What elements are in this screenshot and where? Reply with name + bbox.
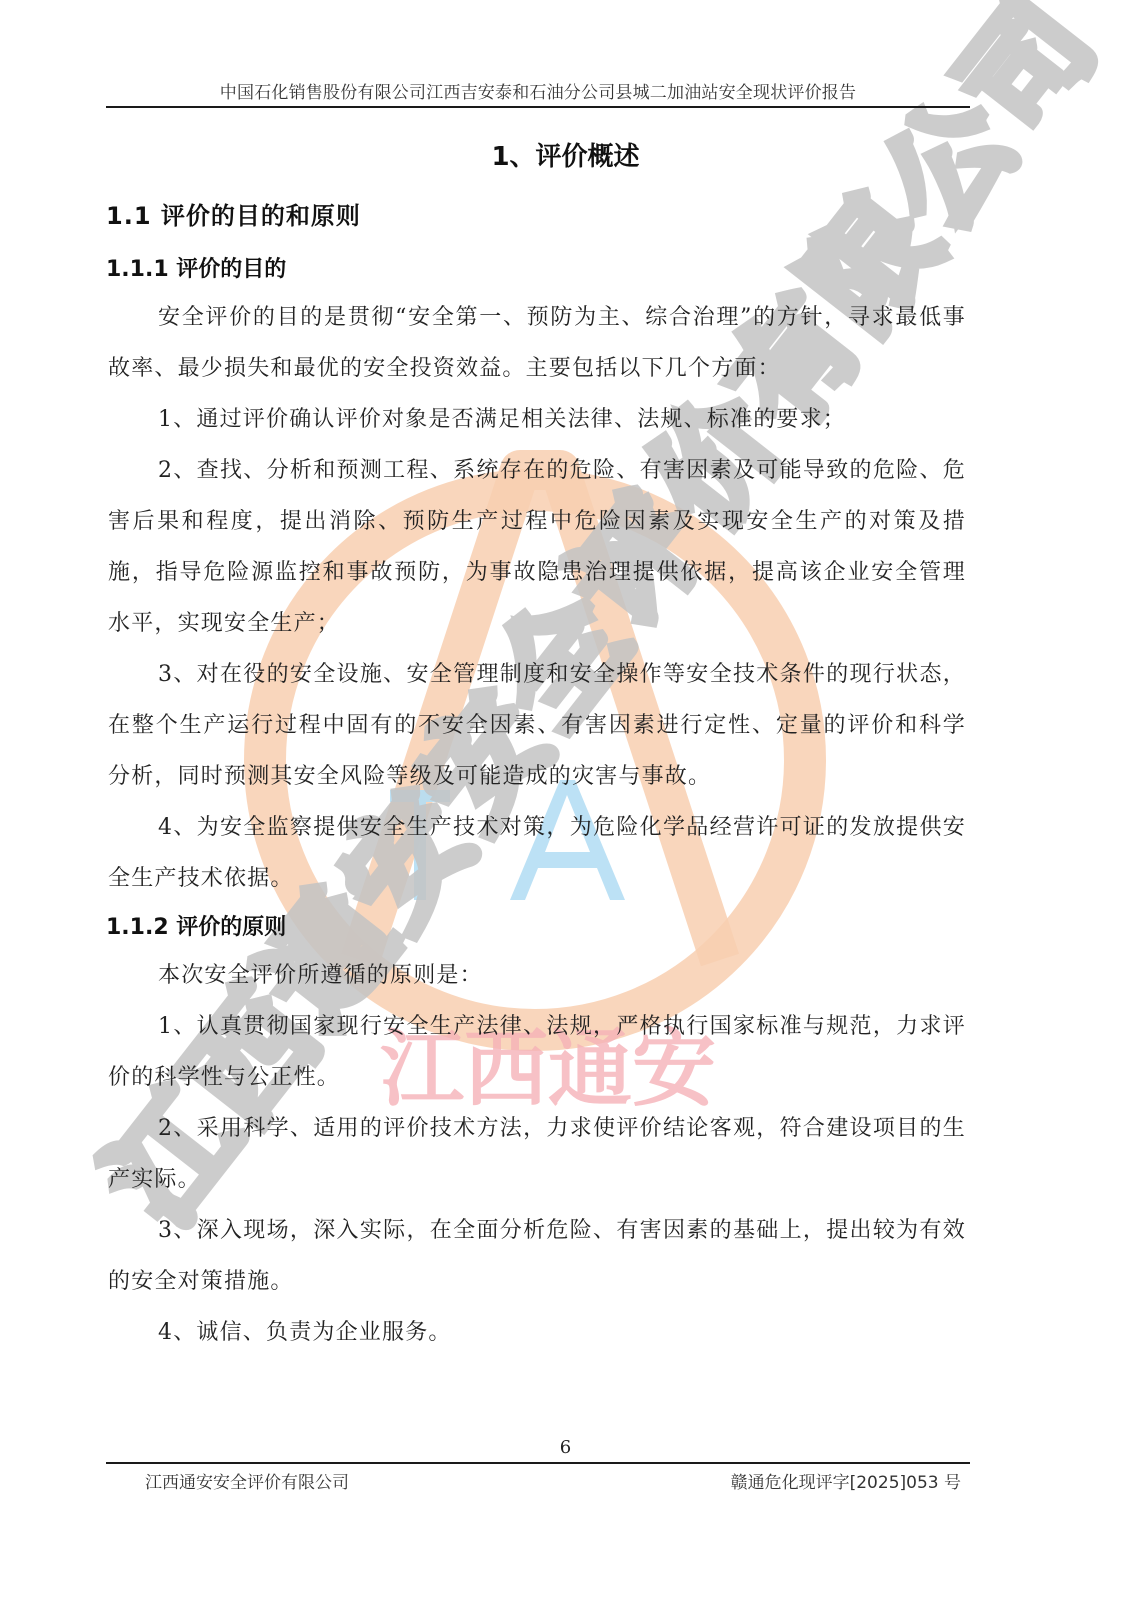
page-number: 6 bbox=[0, 1437, 1131, 1458]
purpose-intro-paragraph: 安全评价的目的是贯彻“安全第一、预防为主、综合治理”的方针，寻求最低事故率、最少… bbox=[108, 292, 966, 394]
purpose-item-1: 1、通过评价确认评价对象是否满足相关法律、法规、标准的要求； bbox=[108, 394, 966, 445]
section-heading-1-1-2: 1.1.2 评价的原则 bbox=[106, 910, 286, 941]
footer-divider bbox=[106, 1462, 970, 1464]
section-heading-1-1-1: 1.1.1 评价的目的 bbox=[106, 252, 286, 283]
purpose-item-3: 3、对在役的安全设施、安全管理制度和安全操作等安全技术条件的现行状态，在整个生产… bbox=[108, 649, 966, 802]
section-heading-1-1: 1.1 评价的目的和原则 bbox=[106, 196, 361, 231]
chapter-title: 1、评价概述 bbox=[0, 136, 1131, 173]
footer-report-number: 赣通危化现评字[2025]053 号 bbox=[731, 1468, 961, 1493]
principle-item-4: 4、诚信、负责为企业服务。 bbox=[108, 1307, 966, 1358]
purpose-item-4: 4、为安全监察提供安全生产技术对策，为危险化学品经营许可证的发放提供安全生产技术… bbox=[108, 802, 966, 904]
header-divider bbox=[106, 106, 970, 108]
principle-item-3: 3、深入现场，深入实际，在全面分析危险、有害因素的基础上，提出较为有效的安全对策… bbox=[108, 1205, 966, 1307]
principle-item-1: 1、认真贯彻国家现行安全生产法律、法规，严格执行国家标准与规范，力求评价的科学性… bbox=[108, 1001, 966, 1103]
purpose-item-2: 2、查找、分析和预测工程、系统存在的危险、有害因素及可能导致的危险、危害后果和程… bbox=[108, 445, 966, 649]
document-page: 江西通安 江西通安安全评价有限公司 中国石化销售股份有限公司江西吉安泰和石油分公… bbox=[0, 0, 1131, 1600]
principle-item-2: 2、采用科学、适用的评价技术方法，力求使评价结论客观，符合建设项目的生产实际。 bbox=[108, 1103, 966, 1205]
footer-company-name: 江西通安安全评价有限公司 bbox=[145, 1468, 349, 1493]
report-header-title: 中国石化销售股份有限公司江西吉安泰和石油分公司县城二加油站安全现状评价报告 bbox=[108, 78, 968, 103]
principle-intro-paragraph: 本次安全评价所遵循的原则是： bbox=[108, 950, 966, 1001]
